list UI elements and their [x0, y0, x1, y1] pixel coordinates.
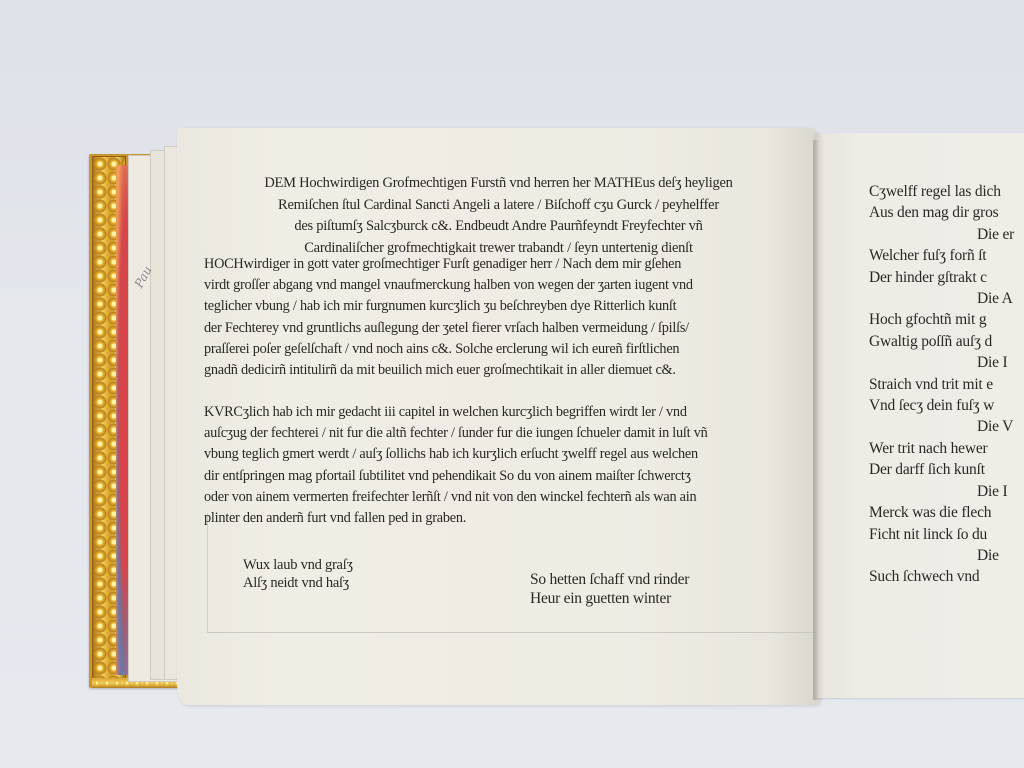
rule-line: Vnd ſecʒ dein fuſʒ w: [869, 395, 1014, 416]
text-line: vbung teglich gmert werdt / auſʒ ſollich…: [204, 444, 708, 465]
text-line: der Fechterey vnd gruntlichs auſlegung d…: [204, 318, 693, 339]
rules-list: Cʒwelff regel las dich Aus den mag dir g…: [869, 181, 1014, 588]
verse-left: Wux laub vnd graſʒ Alſʒ neidt vnd haſʒ: [243, 556, 353, 592]
rule-heading: Die I: [869, 352, 1014, 373]
book-photograph: BOUND BY Pau DEM Hochwirdigen Grofmechti…: [0, 0, 1024, 768]
text-line: oder von ainem vermerten freifechter ler…: [204, 487, 708, 508]
rule-line: Aus den mag dir gros: [869, 202, 1014, 223]
right-page: Cʒwelff regel las dich Aus den mag dir g…: [815, 133, 1024, 698]
dedication-heading: DEM Hochwirdigen Grofmechtigen Furstñ vn…: [177, 173, 820, 259]
rule-line: Wer trit nach hewer: [869, 438, 1014, 459]
text-line: virdt groſſer abgang vnd mangel vnaufmer…: [204, 275, 693, 296]
verse-line: Wux laub vnd graſʒ: [243, 556, 353, 574]
paragraph-1: HOCHwirdiger in gott vater groſmechtiger…: [204, 254, 693, 381]
text-line: KVRCʒlich hab ich mir gedacht iii capite…: [204, 402, 708, 423]
rule-heading: Die er: [869, 224, 1014, 245]
rule-line: Cʒwelff regel las dich: [869, 181, 1014, 202]
text-line: auſcʒug der fechterei / nit fur die altñ…: [204, 423, 708, 444]
dedication-line: Remiſchen ſtul Cardinal Sancti Angeli a …: [177, 195, 820, 217]
text-line: plinter den anderñ furt vnd fallen ped i…: [204, 508, 708, 529]
rule-heading: Die V: [869, 416, 1014, 437]
verse-line: Heur ein guetten winter: [530, 589, 689, 608]
rule-line: Straich vnd trit mit e: [869, 374, 1014, 395]
rule-line: Gwaltig poſſñ auſʒ d: [869, 331, 1014, 352]
left-page: DEM Hochwirdigen Grofmechtigen Furstñ vn…: [177, 128, 820, 705]
rule-line: Merck was die flech: [869, 502, 1014, 523]
rule-line: Der hinder gſtrakt c: [869, 267, 1014, 288]
verse-line: So hetten ſchaff vnd rinder: [530, 570, 689, 589]
text-line: HOCHwirdiger in gott vater groſmechtiger…: [204, 254, 693, 275]
dedication-line: DEM Hochwirdigen Grofmechtigen Furstñ vn…: [177, 173, 820, 195]
dedication-line: des piſtumſʒ Salcʒburck c&. Endbeudt And…: [177, 216, 820, 238]
rule-heading: Die I: [869, 481, 1014, 502]
rule-line: Hoch gfochtñ mit g: [869, 309, 1014, 330]
book-gutter-shadow: [813, 140, 819, 700]
verse-line: Alſʒ neidt vnd haſʒ: [243, 574, 353, 592]
rule-line: Der darff ſich kunſt: [869, 459, 1014, 480]
paragraph-2: KVRCʒlich hab ich mir gedacht iii capite…: [204, 402, 708, 529]
rule-heading: Die: [869, 545, 1014, 566]
verse-right: So hetten ſchaff vnd rinder Heur ein gue…: [530, 570, 689, 608]
rule-line: Such ſchwech vnd: [869, 566, 1014, 587]
rule-line: Ficht nit linck ſo du: [869, 524, 1014, 545]
text-line: teglicher vbung / hab ich mir furgnumen …: [204, 296, 693, 317]
text-line: dir entſpringen mag pfortail ſubtilitet …: [204, 466, 708, 487]
text-line: gnadñ dedicirñ intitulirñ da mit beuilic…: [204, 360, 693, 381]
rule-line: Welcher fuſʒ forñ ſt: [869, 245, 1014, 266]
text-line: praſſerei poſer geſelſchaft / vnd noch a…: [204, 339, 693, 360]
rule-heading: Die A: [869, 288, 1014, 309]
